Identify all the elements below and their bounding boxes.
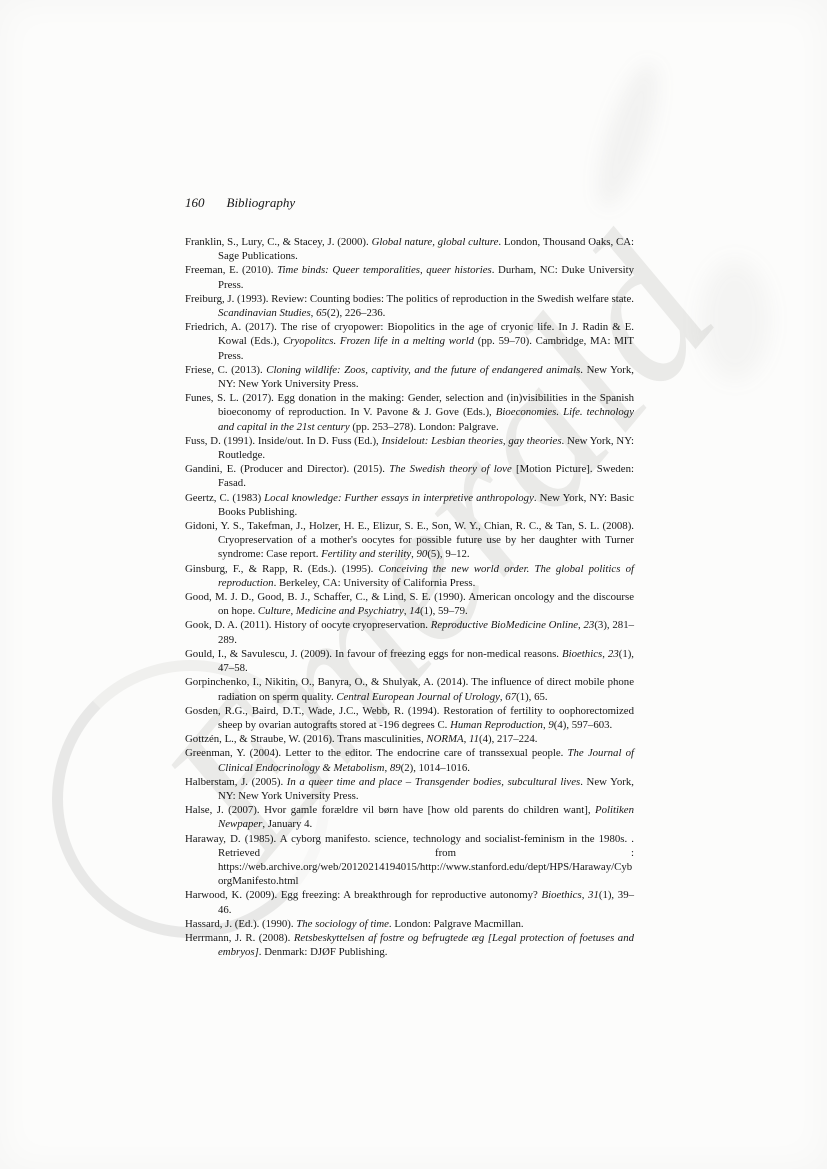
reference-segment-italic: 23	[584, 619, 595, 631]
reference-entry: Halse, J. (2007). Hvor gamle forældre vi…	[185, 803, 634, 831]
reference-segment: Halse, J. (2007). Hvor gamle forældre vi…	[185, 804, 595, 816]
reference-entry: Gottzén, L., & Straube, W. (2016). Trans…	[185, 732, 634, 746]
reference-segment: Halberstam, J. (2005).	[185, 776, 287, 788]
reference-segment: Hassard, J. (Ed.). (1990).	[185, 918, 296, 930]
reference-segment: Gook, D. A. (2011). History of oocyte cr…	[185, 619, 431, 631]
reference-entry: Geertz, C. (1983) Local knowledge: Furth…	[185, 491, 634, 519]
reference-segment: (pp. 253–278). London: Palgrave.	[350, 421, 499, 433]
reference-segment: (1), 59–79.	[420, 605, 468, 617]
reference-segment: Greenman, Y. (2004). Letter to the edito…	[185, 747, 568, 759]
reference-entry: Haraway, D. (1985). A cyborg manifesto. …	[185, 832, 634, 889]
reference-segment: Franklin, S., Lury, C., & Stacey, J. (20…	[185, 236, 372, 248]
reference-entry: Gosden, R.G., Baird, D.T., Wade, J.C., W…	[185, 704, 634, 732]
reference-segment-italic: 67	[505, 691, 516, 703]
running-head-title: Bibliography	[227, 195, 296, 210]
reference-entry: Gook, D. A. (2011). History of oocyte cr…	[185, 618, 634, 646]
reference-segment-italic: 90	[417, 548, 428, 560]
reference-segment-italic: 23	[608, 648, 619, 660]
reference-segment-italic: 89	[390, 762, 401, 774]
reference-segment-italic: Central European Journal of Urology	[336, 691, 500, 703]
reference-segment: . Berkeley, CA: University of California…	[274, 577, 476, 589]
reference-entry: Herrmann, J. R. (2008). Retsbeskyttelsen…	[185, 931, 634, 959]
reference-segment-italic: Global nature, global culture	[372, 236, 499, 248]
reference-segment: (4), 597–603.	[554, 719, 612, 731]
reference-segment-italic: Bioethics	[542, 889, 582, 901]
reference-segment-italic: 65	[316, 307, 327, 319]
reference-entry: Hassard, J. (Ed.). (1990). The sociology…	[185, 917, 634, 931]
reference-segment-italic: Insidelout: Lesbian theories, gay theori…	[382, 435, 562, 447]
reference-segment: Freiburg, J. (1993). Review: Counting bo…	[185, 293, 634, 305]
reference-segment-italic: Bioethics	[562, 648, 602, 660]
reference-segment: . Denmark: DJØF Publishing.	[259, 946, 388, 958]
reference-segment-italic: The sociology of time	[296, 918, 389, 930]
reference-segment: Freeman, E. (2010).	[185, 264, 277, 276]
book-page: Emerald 160Bibliography Franklin, S., Lu…	[0, 0, 827, 1169]
reference-segment-italic: Fertility and sterility	[321, 548, 411, 560]
reference-entry: Friedrich, A. (2017). The rise of cryopo…	[185, 320, 634, 363]
reference-segment-italic: Time binds: Queer temporalities, queer h…	[277, 264, 492, 276]
reference-segment: Fuss, D. (1991). Inside/out. In D. Fuss …	[185, 435, 382, 447]
reference-entry: Gorpinchenko, I., Nikitin, O., Banyra, O…	[185, 675, 634, 703]
reference-segment: (2), 1014–1016.	[401, 762, 470, 774]
reference-segment: Gandini, E. (Producer and Director). (20…	[185, 463, 389, 475]
reference-entry: Fuss, D. (1991). Inside/out. In D. Fuss …	[185, 434, 634, 462]
reference-segment: (5), 9–12.	[427, 548, 469, 560]
reference-segment-italic: Retsbeskyttelsen af fostre og befrugtede…	[294, 932, 484, 944]
reference-entry: Good, M. J. D., Good, B. J., Schaffer, C…	[185, 590, 634, 618]
reference-entry: Gandini, E. (Producer and Director). (20…	[185, 462, 634, 490]
reference-segment-italic: Human Reproduction	[450, 719, 543, 731]
reference-segment: Herrmann, J. R. (2008).	[185, 932, 294, 944]
reference-list: Franklin, S., Lury, C., & Stacey, J. (20…	[185, 235, 634, 959]
reference-segment: Haraway, D. (1985). A cyborg manifesto. …	[185, 833, 634, 888]
reference-segment: Friese, C. (2013).	[185, 364, 266, 376]
reference-segment: (4), 217–224.	[479, 733, 537, 745]
running-head: 160Bibliography	[185, 195, 295, 211]
reference-segment: Geertz, C. (1983)	[185, 492, 264, 504]
reference-entry: Gidoni, Y. S., Takefman, J., Holzer, H. …	[185, 519, 634, 562]
reference-segment-italic: Scandinavian Studies	[218, 307, 311, 319]
reference-entry: Harwood, K. (2009). Egg freezing: A brea…	[185, 888, 634, 916]
reference-segment: Harwood, K. (2009). Egg freezing: A brea…	[185, 889, 542, 901]
scan-smudge	[586, 57, 670, 212]
reference-segment-italic: Cloning wildlife: Zoos, captivity, and t…	[266, 364, 580, 376]
reference-entry: Franklin, S., Lury, C., & Stacey, J. (20…	[185, 235, 634, 263]
reference-segment-italic: 11	[469, 733, 479, 745]
reference-entry: Funes, S. L. (2017). Egg donation in the…	[185, 391, 634, 434]
reference-segment: Gottzén, L., & Straube, W. (2016). Trans…	[185, 733, 426, 745]
reference-entry: Ginsburg, F., & Rapp, R. (Eds.). (1995).…	[185, 562, 634, 590]
reference-entry: Gould, I., & Savulescu, J. (2009). In fa…	[185, 647, 634, 675]
reference-entry: Freiburg, J. (1993). Review: Counting bo…	[185, 292, 634, 320]
reference-segment-italic: 14	[409, 605, 420, 617]
reference-entry: Friese, C. (2013). Cloning wildlife: Zoo…	[185, 363, 634, 391]
reference-segment: (2), 226–236.	[327, 307, 385, 319]
reference-segment: Gould, I., & Savulescu, J. (2009). In fa…	[185, 648, 562, 660]
reference-entry: Halberstam, J. (2005). In a queer time a…	[185, 775, 634, 803]
reference-entry: Freeman, E. (2010). Time binds: Queer te…	[185, 263, 634, 291]
reference-segment-italic: Culture, Medicine and Psychiatry	[258, 605, 404, 617]
reference-segment-italic: Reproductive BioMedicine Online	[431, 619, 578, 631]
reference-segment-italic: Cryopolitcs. Frozen life in a melting wo…	[283, 335, 474, 347]
reference-segment-italic: NORMA	[426, 733, 463, 745]
page-number: 160	[185, 195, 205, 210]
reference-segment: (1), 65.	[516, 691, 547, 703]
reference-segment: . London: Palgrave Macmillan.	[389, 918, 524, 930]
scan-smudge	[700, 260, 770, 380]
reference-segment: , January 4.	[262, 818, 312, 830]
reference-segment-italic: Local knowledge: Further essays in inter…	[264, 492, 534, 504]
reference-segment: Ginsburg, F., & Rapp, R. (Eds.). (1995).	[185, 563, 379, 575]
reference-entry: Greenman, Y. (2004). Letter to the edito…	[185, 746, 634, 774]
reference-segment-italic: In a queer time and place – Transgender …	[287, 776, 580, 788]
reference-segment-italic: The Swedish theory of love	[389, 463, 512, 475]
reference-segment-italic: 31	[588, 889, 599, 901]
